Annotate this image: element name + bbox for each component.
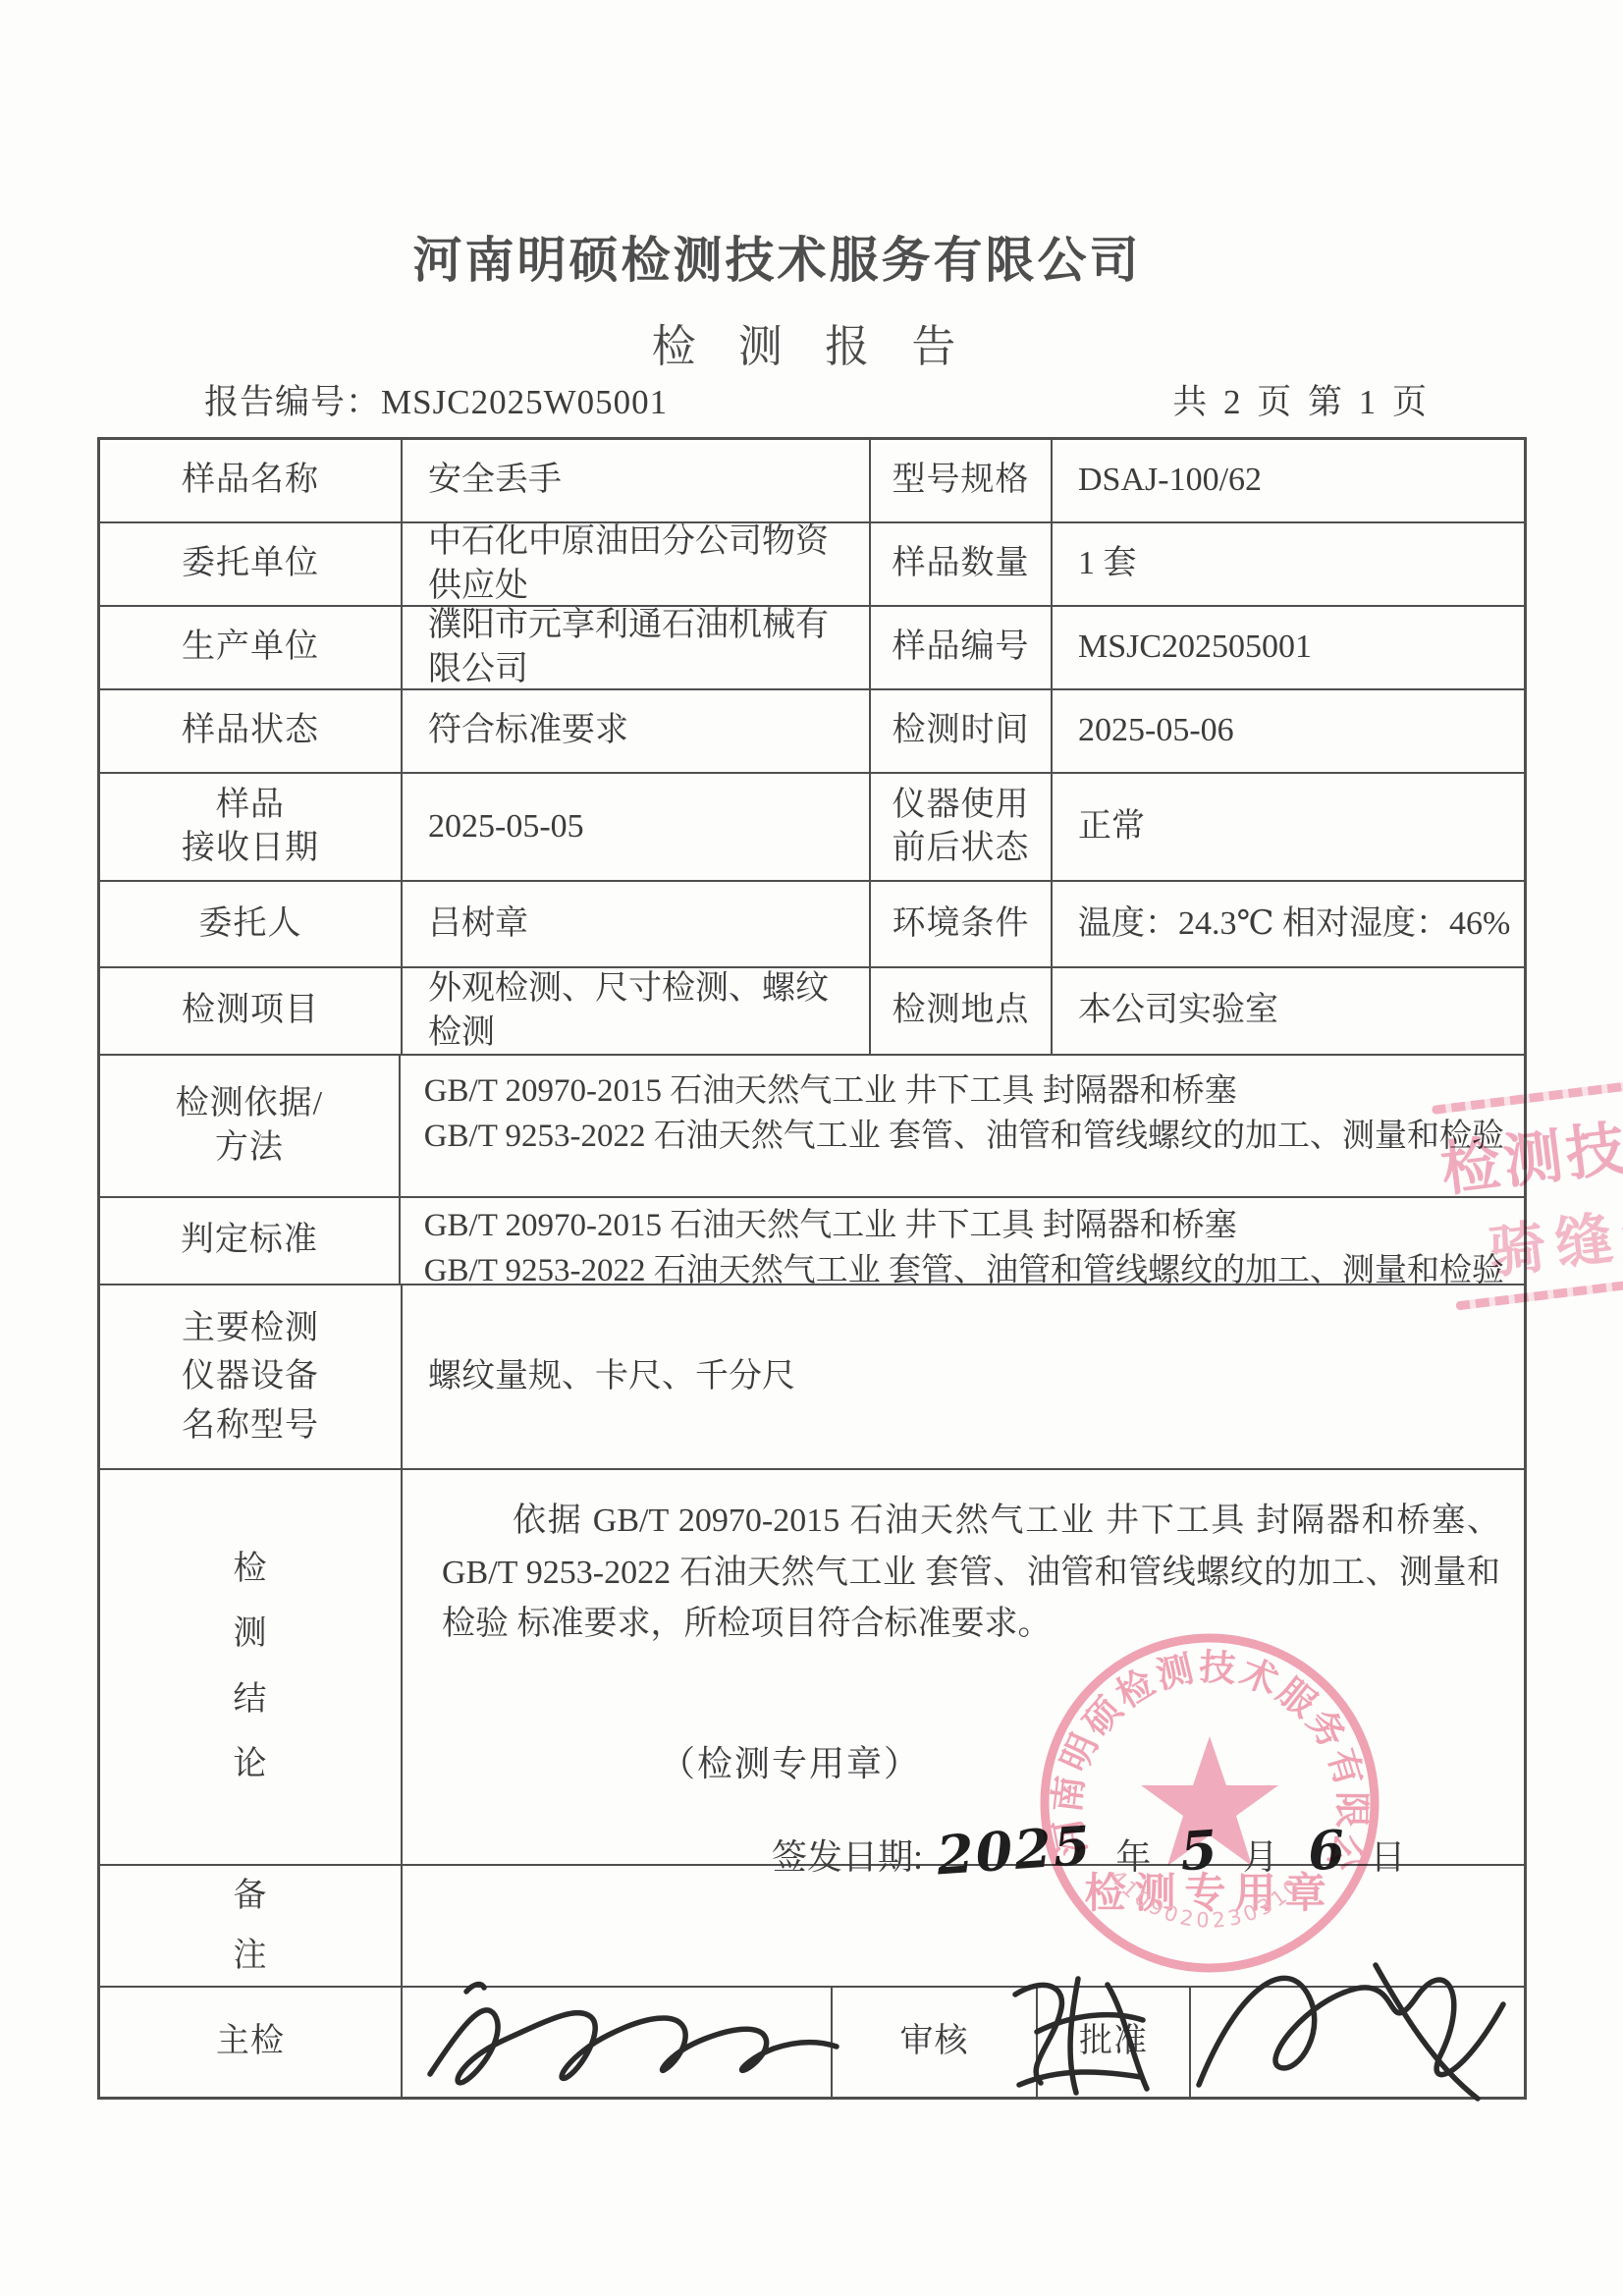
row4-label1: 样品状态	[100, 690, 403, 772]
row2-label2: 样品数量	[871, 523, 1053, 605]
conclusion-cell: 依据 GB/T 20970-2015 石油天然气工业 井下工具 封隔器和桥塞、G…	[403, 1470, 1524, 1864]
year-char: 年	[1115, 1834, 1157, 1881]
report-number: 报告编号：MSJC2025W05001	[204, 375, 668, 424]
row7-label2: 检测地点	[871, 968, 1053, 1054]
conclusion-text: 依据 GB/T 20970-2015 石油天然气工业 井下工具 封隔器和桥塞、G…	[442, 1496, 1500, 1651]
report-table: 样品名称 安全丢手 型号规格 DSAJ-100/62 委托单位 中石化中原油田分…	[97, 437, 1527, 2100]
row5-value2: 正常	[1053, 774, 1524, 880]
row1-value2: DSAJ-100/62	[1053, 440, 1524, 521]
row2-value2: 1 套	[1053, 523, 1524, 605]
inspector-signature-cell	[403, 1988, 833, 2097]
issue-year-handwritten: 2025	[935, 1811, 1095, 1890]
row10-label: 主要检测 仪器设备 名称型号	[100, 1285, 403, 1468]
table-row: 主要检测 仪器设备 名称型号 螺纹量规、卡尺、千分尺	[100, 1285, 1524, 1470]
row6-value1: 吕树章	[403, 882, 871, 966]
table-row: 样品状态 符合标准要求 检测时间 2025-05-06	[100, 690, 1524, 774]
table-row: 委托单位 中石化中原油田分公司物资供应处 样品数量 1 套	[100, 523, 1524, 607]
table-row: 样品 接收日期 2025-05-05 仪器使用 前后状态 正常	[100, 774, 1524, 882]
row8-label: 检测依据/ 方法	[100, 1056, 401, 1196]
pagination: 共 2 页 第 1 页	[1172, 375, 1431, 424]
row7-value2: 本公司实验室	[1053, 968, 1524, 1054]
document-title: 检 测 报 告	[0, 310, 1623, 374]
row4-label2: 检测时间	[871, 690, 1053, 772]
report-number-value: MSJC2025W05001	[381, 383, 668, 421]
remarks-label: 备 注	[100, 1866, 403, 1986]
row8-value: GB/T 20970-2015 石油天然气工业 井下工具 封隔器和桥塞 GB/T…	[401, 1056, 1524, 1196]
row6-label1: 委托人	[100, 882, 403, 966]
row8-value-line1: GB/T 20970-2015 石油天然气工业 井下工具 封隔器和桥塞	[424, 1069, 1504, 1115]
row9-value: GB/T 20970-2015 石油天然气工业 井下工具 封隔器和桥塞 GB/T…	[401, 1198, 1524, 1284]
row6-value2: 温度：24.3℃ 相对湿度：46%	[1053, 882, 1524, 966]
issue-date-line: 签发日期: 2025 年 5 月 6 日	[772, 1816, 1422, 1885]
approver-signature-cell	[1191, 1988, 1524, 2097]
table-row: 检测依据/ 方法 GB/T 20970-2015 石油天然气工业 井下工具 封隔…	[100, 1056, 1524, 1198]
row2-value1: 中石化中原油田分公司物资供应处	[403, 523, 871, 605]
row9-value-line1: GB/T 20970-2015 石油天然气工业 井下工具 封隔器和桥塞	[424, 1204, 1504, 1249]
table-row: 样品名称 安全丢手 型号规格 DSAJ-100/62	[100, 440, 1524, 523]
row5-value1: 2025-05-05	[403, 774, 871, 880]
conclusion-label: 检 测 结 论	[100, 1470, 403, 1864]
row4-value2: 2025-05-06	[1053, 690, 1524, 772]
day-char: 日	[1371, 1834, 1412, 1881]
row3-label2: 样品编号	[871, 607, 1053, 688]
row8-value-line2: GB/T 9253-2022 石油天然气工业 套管、油管和管线螺纹的加工、测量和…	[424, 1115, 1504, 1160]
report-number-label: 报告编号：	[204, 383, 381, 421]
row10-value: 螺纹量规、卡尺、千分尺	[403, 1285, 1524, 1468]
row3-value2: MSJC202505001	[1053, 607, 1524, 688]
reviewer-label: 审核	[833, 1988, 1038, 2097]
stamp-note: （检测专用章）	[660, 1741, 921, 1787]
table-row: 检测项目 外观检测、尺寸检测、螺纹检测 检测地点 本公司实验室	[100, 968, 1524, 1056]
table-row: 主检 审核 批准	[100, 1988, 1524, 2097]
row3-value1: 濮阳市元享利通石油机械有限公司	[403, 607, 871, 688]
row1-label2: 型号规格	[871, 440, 1053, 521]
row4-value1: 符合标准要求	[403, 690, 871, 772]
table-row: 生产单位 濮阳市元享利通石油机械有限公司 样品编号 MSJC202505001	[100, 607, 1524, 690]
row1-label1: 样品名称	[100, 440, 403, 521]
row9-label: 判定标准	[100, 1198, 401, 1284]
table-row: 检 测 结 论 依据 GB/T 20970-2015 石油天然气工业 井下工具 …	[100, 1470, 1524, 1866]
row3-label1: 生产单位	[100, 607, 403, 688]
row7-value1: 外观检测、尺寸检测、螺纹检测	[403, 968, 871, 1054]
row6-label2: 环境条件	[871, 882, 1053, 966]
issue-date-label: 签发日期:	[772, 1834, 923, 1881]
row5-label2: 仪器使用 前后状态	[871, 774, 1053, 880]
issue-day-handwritten: 6	[1306, 1815, 1349, 1886]
report-page: 河南明硕检测技术服务有限公司 检 测 报 告 报告编号：MSJC2025W050…	[0, 0, 1623, 2296]
row1-value1: 安全丢手	[403, 440, 871, 521]
month-char: 月	[1243, 1834, 1284, 1881]
approver-label: 批准	[1038, 1988, 1191, 2097]
row2-label1: 委托单位	[100, 523, 403, 605]
row5-label1: 样品 接收日期	[100, 774, 403, 880]
company-title: 河南明硕检测技术服务有限公司	[0, 221, 1623, 292]
table-row: 委托人 吕树章 环境条件 温度：24.3℃ 相对湿度：46%	[100, 882, 1524, 968]
inspector-label: 主检	[100, 1988, 403, 2097]
row7-label1: 检测项目	[100, 968, 403, 1054]
issue-month-handwritten: 5	[1178, 1815, 1221, 1886]
table-row: 判定标准 GB/T 20970-2015 石油天然气工业 井下工具 封隔器和桥塞…	[100, 1198, 1524, 1285]
